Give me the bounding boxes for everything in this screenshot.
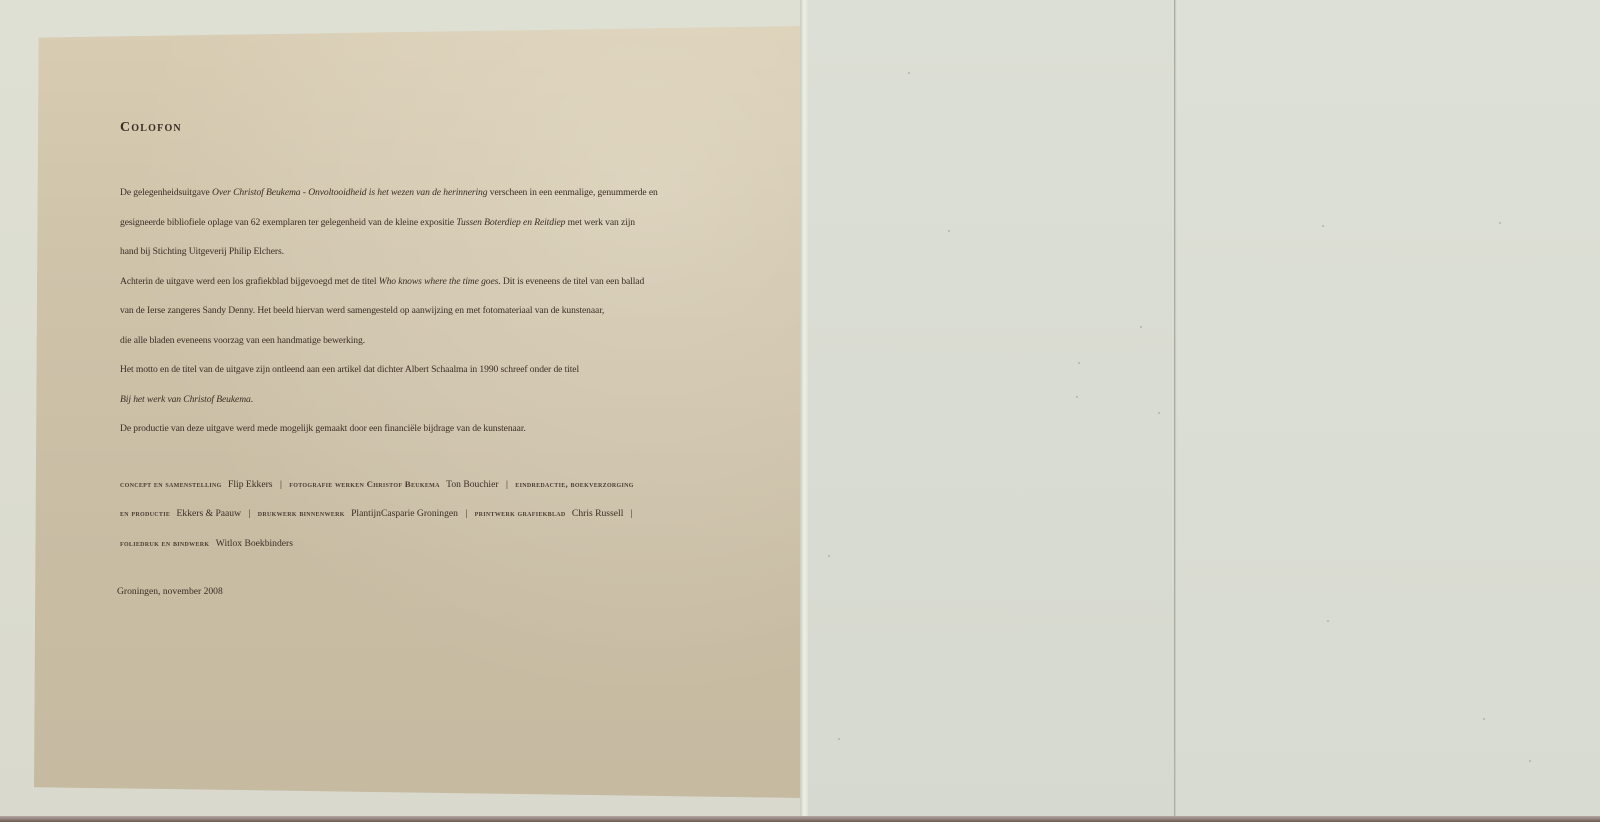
- credit-name: Ekkers & Paauw: [177, 508, 241, 519]
- credits-line-3: foliedruk en bindwerk Witlox Boekbinders: [120, 529, 740, 559]
- paragraph-4-line-1: De productie van deze uitgave werd mede …: [120, 414, 740, 444]
- far-right-blank-page: [1177, 0, 1600, 822]
- paragraph-2-line-2: van de Ierse zangeres Sandy Denny. Het b…: [120, 296, 740, 326]
- paper-speck: [1322, 225, 1324, 227]
- text: .: [251, 394, 253, 405]
- credit-role: printwerk grafiekblad: [475, 508, 566, 518]
- paragraph-4: De productie van deze uitgave werd mede …: [120, 414, 740, 444]
- text: Achterin de uitgave werd een los grafiek…: [120, 276, 379, 287]
- credit-role: drukwerk binnenwerk: [258, 508, 345, 518]
- separator: |: [248, 508, 250, 519]
- paragraph-2: Achterin de uitgave werd een los grafiek…: [120, 267, 740, 356]
- paragraph-1-line-2: gesigneerde bibliofiele oplage van 62 ex…: [120, 208, 740, 238]
- credit-name: PlantijnCasparie Groningen: [351, 508, 458, 519]
- right-blank-page: [808, 0, 1176, 822]
- article-title-italic: Bij het werk van Christof Beukema: [120, 394, 251, 405]
- credits-block: concept en samenstelling Flip Ekkers | f…: [120, 470, 740, 559]
- paper-speck: [908, 72, 910, 74]
- colofon-title: Colofon: [120, 120, 740, 136]
- credit-role: eindredactie, boekverzorging: [515, 479, 633, 489]
- print-title-italic: Who knows where the time goes: [379, 276, 499, 287]
- credit-name: Witlox Boekbinders: [216, 538, 293, 549]
- paper-speck: [1078, 362, 1080, 364]
- paragraph-1-line-1: De gelegenheidsuitgave Over Christof Beu…: [120, 178, 740, 208]
- credit-role: foliedruk en bindwerk: [120, 538, 209, 548]
- open-book-photo: Colofon De gelegenheidsuitgave Over Chri…: [0, 0, 1600, 822]
- text: met werk van zijn: [565, 217, 635, 228]
- paper-speck: [948, 230, 950, 232]
- credit-role: fotografie werken Christof Beukema: [289, 479, 439, 489]
- credit-name: Chris Russell: [572, 508, 623, 519]
- place-date: Groningen, november 2008: [117, 586, 740, 597]
- paper-speck: [1140, 326, 1142, 328]
- credit-role: concept en samenstelling: [120, 479, 222, 489]
- paragraph-1-line-3: hand bij Stichting Uitgeverij Philip Elc…: [120, 237, 740, 267]
- paper-speck: [1076, 396, 1078, 398]
- paper-speck: [828, 555, 830, 557]
- paragraph-3-line-1: Het motto en de titel van de uitgave zij…: [120, 355, 740, 385]
- paper-speck: [1483, 718, 1485, 720]
- paper-speck: [1529, 760, 1531, 762]
- colofon-block: Colofon De gelegenheidsuitgave Over Chri…: [120, 120, 740, 597]
- paper-speck: [838, 738, 840, 740]
- credit-name: Flip Ekkers: [228, 479, 273, 490]
- bottom-edge: [0, 816, 1600, 822]
- separator: |: [506, 479, 508, 490]
- separator: |: [280, 479, 282, 490]
- credits-line-2: en productie Ekkers & Paauw | drukwerk b…: [120, 499, 740, 529]
- text: . Dit is eveneens de titel van een balla…: [498, 276, 644, 287]
- paragraph-1: De gelegenheidsuitgave Over Christof Beu…: [120, 178, 740, 267]
- paragraph-2-line-1: Achterin de uitgave werd een los grafiek…: [120, 267, 740, 297]
- paper-speck: [1499, 222, 1501, 224]
- separator: |: [631, 508, 633, 519]
- credit-role: en productie: [120, 508, 170, 518]
- paper-speck: [1158, 412, 1160, 414]
- text: gesigneerde bibliofiele oplage van 62 ex…: [120, 217, 456, 228]
- book-title-italic: Over Christof Beukema - Onvoltooidheid i…: [212, 187, 487, 198]
- separator: |: [465, 508, 467, 519]
- credits-line-1: concept en samenstelling Flip Ekkers | f…: [120, 470, 740, 500]
- paper-speck: [1327, 620, 1329, 622]
- paragraph-2-line-3: die alle bladen eveneens voorzag van een…: [120, 326, 740, 356]
- text: De gelegenheidsuitgave: [120, 187, 212, 198]
- paragraph-3: Het motto en de titel van de uitgave zij…: [120, 355, 740, 414]
- colofon-insert-sheet: Colofon De gelegenheidsuitgave Over Chri…: [34, 26, 802, 798]
- exhibition-title-italic: Tussen Boterdiep en Reitdiep: [456, 217, 565, 228]
- credit-name: Ton Bouchier: [446, 479, 498, 490]
- text: verscheen in een eenmalige, genummerde e…: [487, 187, 657, 198]
- paragraph-3-line-2: Bij het werk van Christof Beukema.: [120, 385, 740, 415]
